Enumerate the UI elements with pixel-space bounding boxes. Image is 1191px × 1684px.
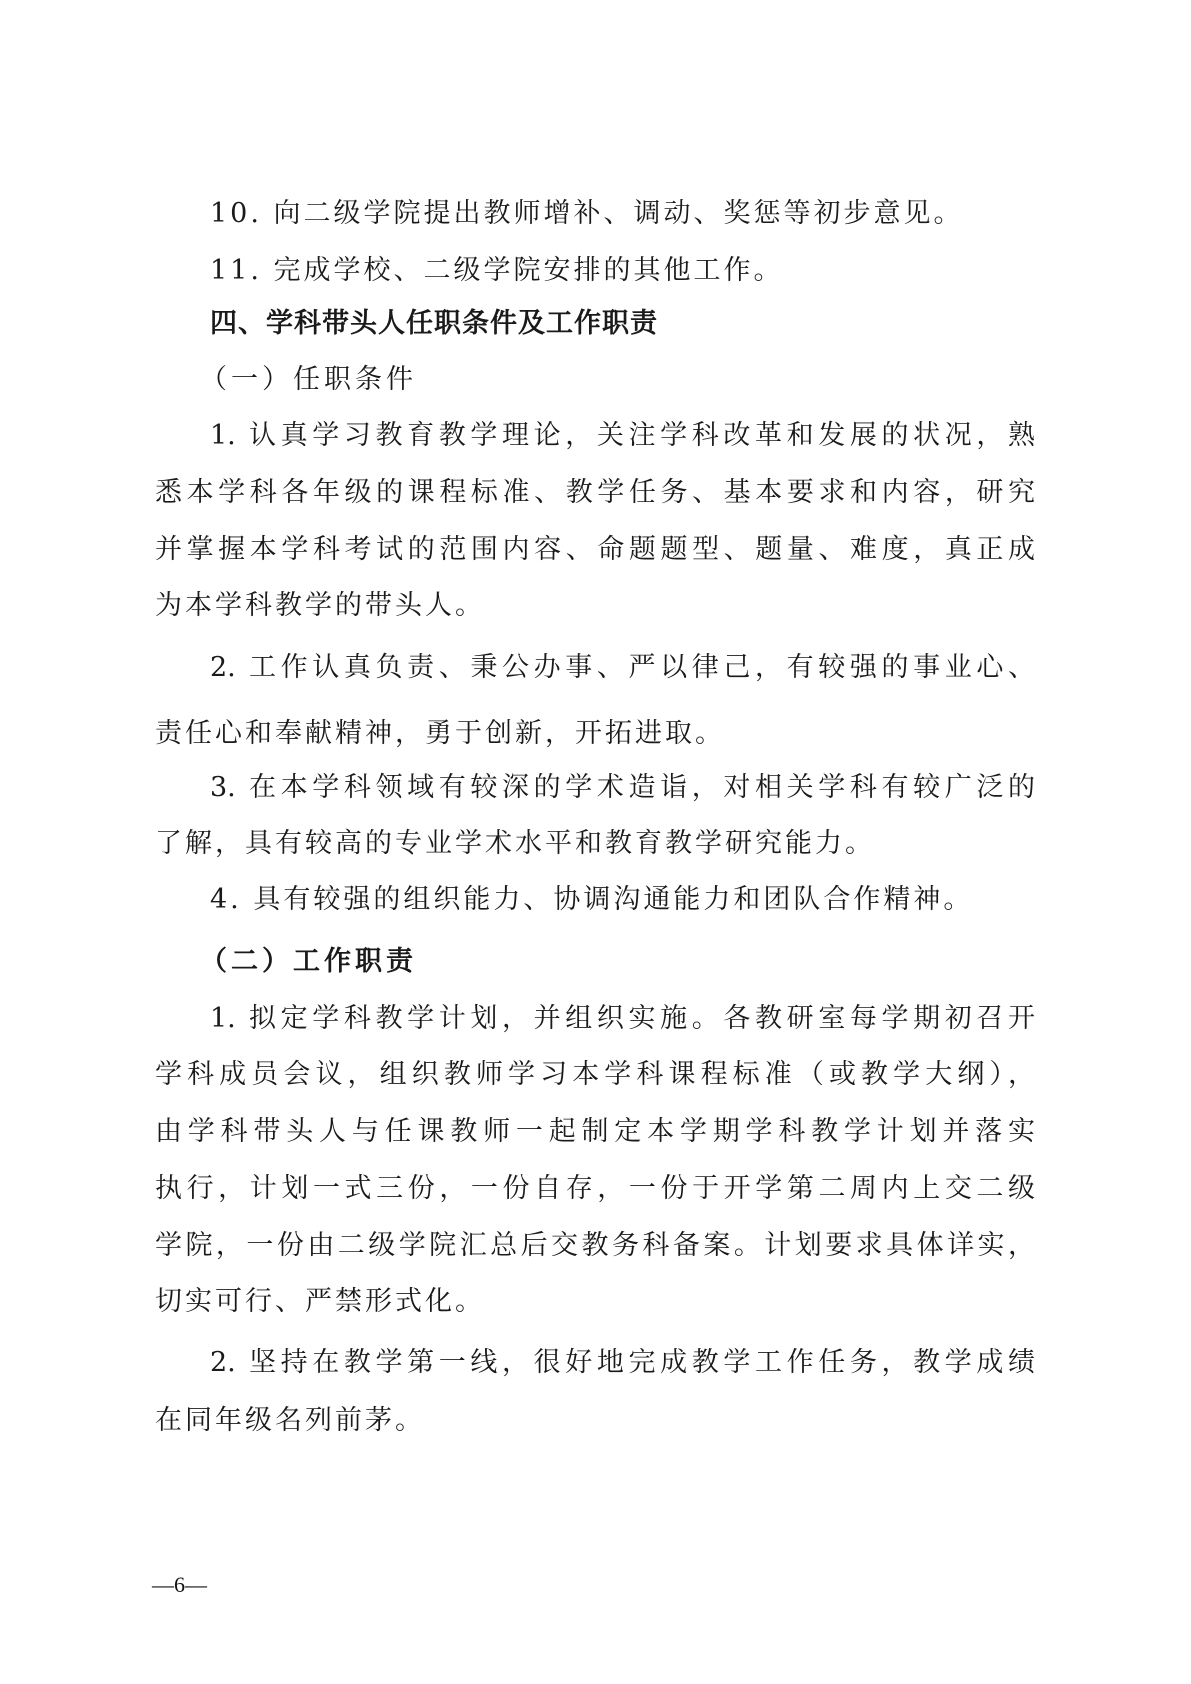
paragraph-line: 1. 认真学习教育教学理论，关注学科改革和发展的状况，熟 — [210, 418, 1035, 454]
paragraph-line: 由学科带头人与任课教师一起制定本学期学科教学计划并落实 — [155, 1114, 1035, 1150]
paragraph-line: 学科成员会议，组织教师学习本学科课程标准（或教学大纲）， — [155, 1057, 1035, 1093]
paragraph-line: 切实可行、严禁形式化。 — [155, 1284, 1035, 1320]
paragraph-line: 悉本学科各年级的课程标准、教学任务、基本要求和内容，研究 — [155, 475, 1035, 511]
paragraph-line: 2. 工作认真负责、秉公办事、严以律己，有较强的事业心、 — [210, 650, 1035, 686]
paragraph-line: 为本学科教学的带头人。 — [155, 588, 1035, 624]
paragraph-line: 学院，一份由二级学院汇总后交教务科备案。计划要求具体详实， — [155, 1228, 1035, 1264]
paragraph-line: 在同年级名列前茅。 — [155, 1403, 1035, 1439]
subsection-title-duties: （二）工作职责 — [200, 944, 1080, 980]
paragraph-line: 责任心和奉献精神，勇于创新，开拓进取。 — [155, 716, 1035, 752]
paragraph-line: 3. 在本学科领域有较深的学术造诣，对相关学科有较广泛的 — [210, 770, 1035, 806]
paragraph-line: 2. 坚持在教学第一线，很好地完成教学工作任务，教学成绩 — [210, 1345, 1035, 1381]
list-item-10: 10. 向二级学院提出教师增补、调动、奖惩等初步意见。 — [210, 196, 1035, 232]
paragraph-line: 1. 拟定学科教学计划，并组织实施。各教研室每学期初召开 — [210, 1001, 1035, 1037]
paragraph-line: 执行，计划一式三份，一份自存，一份于开学第二周内上交二级 — [155, 1171, 1035, 1207]
list-item-11: 11. 完成学校、二级学院安排的其他工作。 — [210, 253, 1035, 289]
paragraph-line: 并掌握本学科考试的范围内容、命题题型、题量、难度，真正成 — [155, 532, 1035, 568]
subsection-title-qualifications: （一）任职条件 — [200, 362, 1080, 398]
paragraph-line: 4. 具有较强的组织能力、协调沟通能力和团队合作精神。 — [210, 882, 1035, 918]
page-number: —6— — [152, 1572, 207, 1598]
section-heading: 四、学科带头人任职条件及工作职责 — [210, 306, 1035, 342]
document-page: 10. 向二级学院提出教师增补、调动、奖惩等初步意见。 11. 完成学校、二级学… — [0, 0, 1191, 1684]
paragraph-line: 了解，具有较高的专业学术水平和教育教学研究能力。 — [155, 826, 1035, 862]
